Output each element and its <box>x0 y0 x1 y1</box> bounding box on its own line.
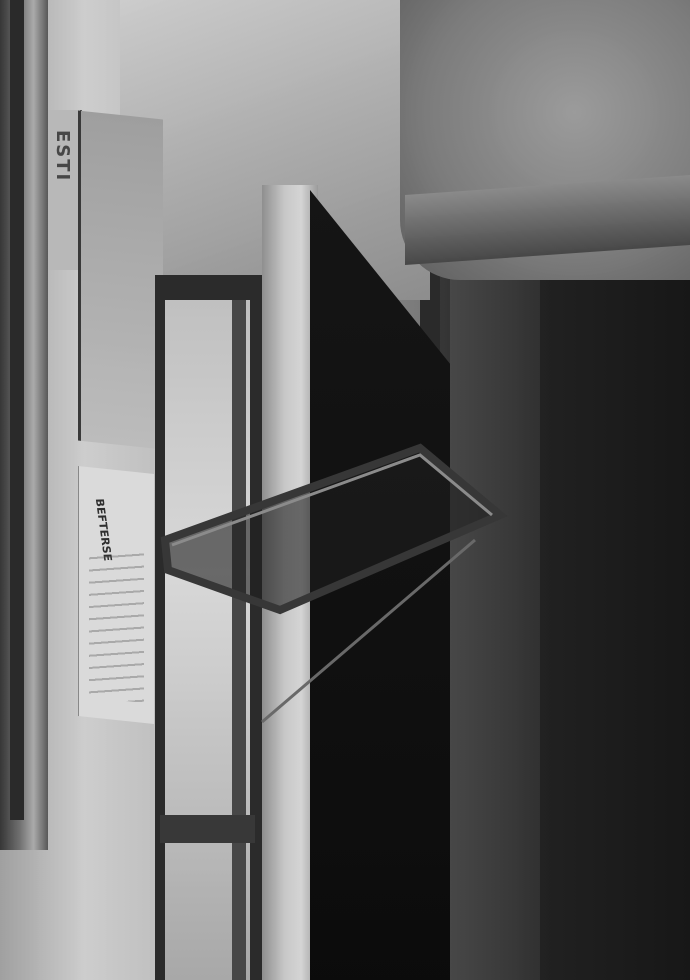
photograph: ESTI BEFTERSE <box>0 0 690 980</box>
glass-pane-svg <box>0 0 690 980</box>
